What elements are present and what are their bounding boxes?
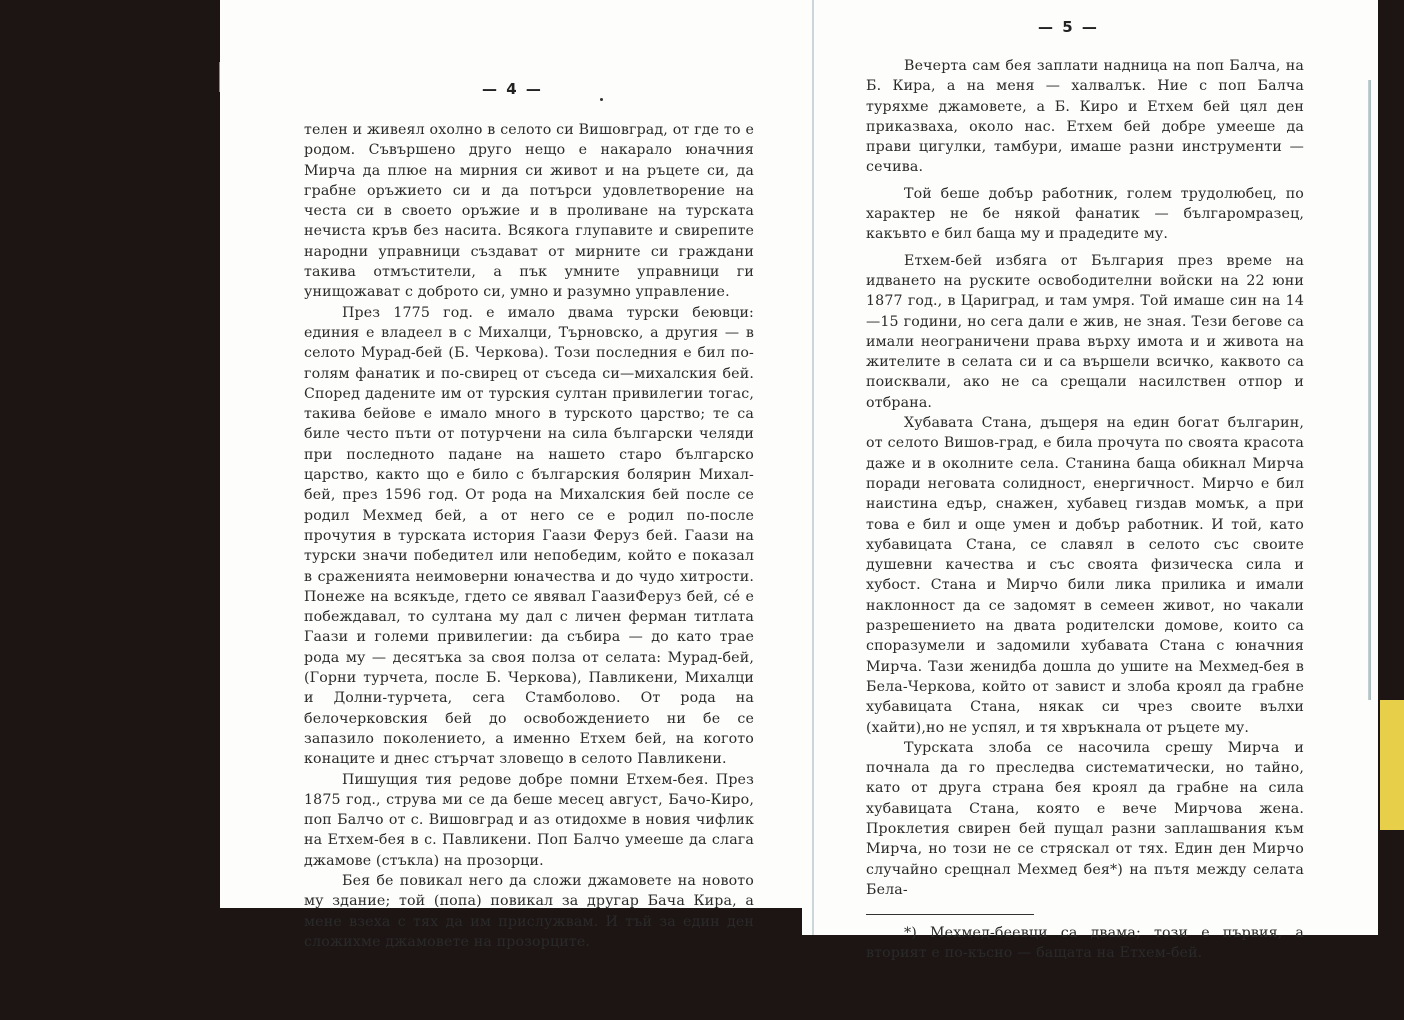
paragraph: Бея бе повикал него да сложи джамовете н… <box>304 871 754 952</box>
paragraph: Турската злоба се насочила срешу Мирча и… <box>866 738 1304 900</box>
scanned-book-spread: — 4 — телен и живеял охолно в селото си … <box>0 0 1404 1020</box>
right-page-body: Вечерта сам бея заплати надница на поп Б… <box>866 56 1304 964</box>
page-number-right: — 5 — <box>1038 18 1099 36</box>
paragraph: Пишущия тия редове добре помни Етхем-бея… <box>304 770 754 871</box>
paragraph: Хубавата Стана, дъщеря на един богат бъл… <box>866 413 1304 738</box>
page-edge-shadow <box>1368 80 1371 700</box>
right-page: — 5 — Вечерта сам бея заплати надница на… <box>802 0 1378 935</box>
left-page: — 4 — телен и живеял охолно в селото си … <box>220 0 802 908</box>
paragraph: Вечерта сам бея заплати надница на поп Б… <box>866 56 1304 178</box>
paragraph: Той беше добър работник, голем трудолюбе… <box>866 184 1304 245</box>
left-page-body: телен и живеял охолно в селото си Вишовг… <box>304 120 754 952</box>
yellow-bookmark-tab <box>1380 700 1404 830</box>
page-number-left: — 4 — <box>482 80 543 98</box>
paragraph: През 1775 год. е имало двама турски беюв… <box>304 303 754 770</box>
paragraph: Етхем-бей избяга от България през време … <box>866 251 1304 413</box>
paragraph: телен и живеял охолно в селото си Вишовг… <box>304 120 754 303</box>
footnote-divider <box>866 914 1034 915</box>
ink-speck <box>600 98 603 101</box>
footnote: *) Мехмед-беевци са двама; този е първия… <box>866 923 1304 964</box>
book-gutter <box>812 0 814 935</box>
